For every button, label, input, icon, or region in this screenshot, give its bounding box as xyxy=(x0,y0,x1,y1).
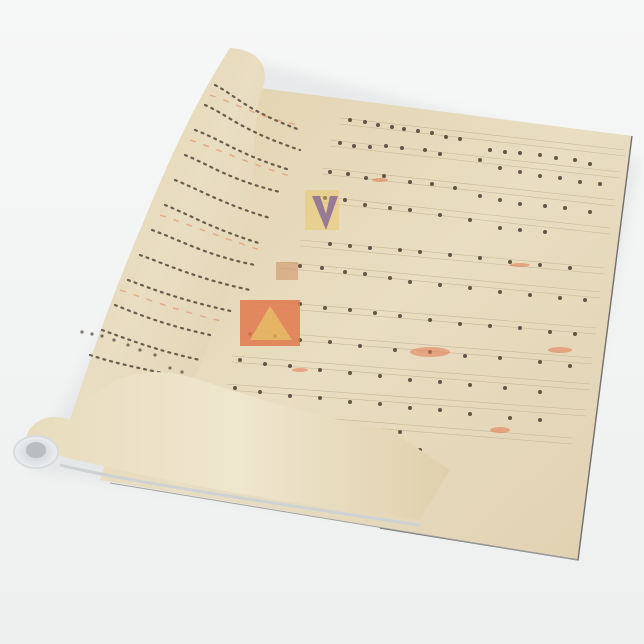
illuminated-initial-purple xyxy=(305,190,339,230)
product-photo xyxy=(0,0,644,644)
